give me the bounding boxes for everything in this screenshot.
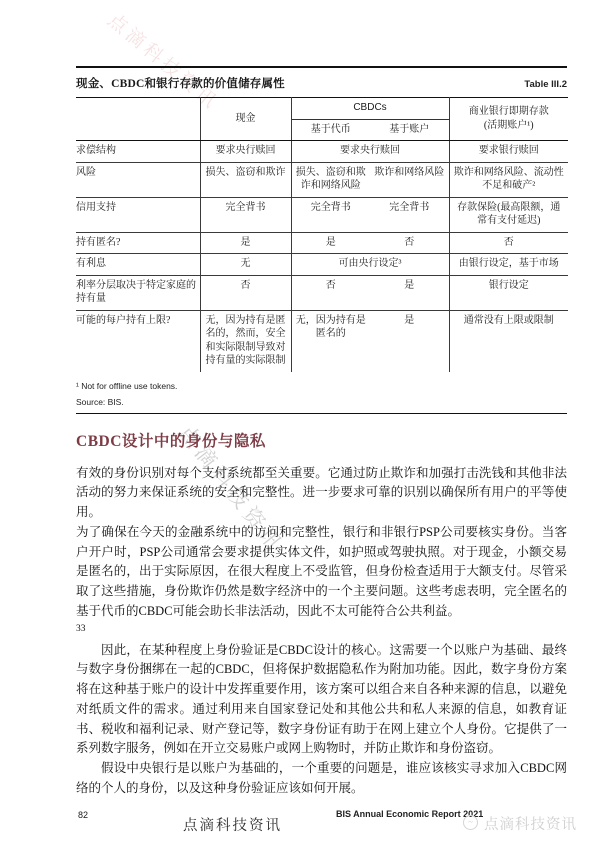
footer-brand: 点滴科技资讯 — [183, 814, 282, 835]
table-row-risk: 风险 损失、盗窃和欺诈 损失、盗窃和欺诈和网络风险 欺诈和网络风险 欺诈和网络风… — [76, 162, 568, 197]
row-label: 持有匿名? — [76, 232, 200, 254]
header-cbdcs: CBDCs — [291, 98, 449, 120]
row-label: 可能的每户持有上限? — [76, 310, 200, 372]
cell-bank: 欺诈和网络风险、流动性不足和破产² — [449, 162, 568, 197]
header-bank-line2: (活期账户¹) — [453, 119, 566, 133]
top-rule — [76, 66, 567, 68]
comparison-table: 现金 CBDCs 商业银行即期存款 (活期账户¹) 基于代币 基于账户 求偿结构… — [76, 97, 568, 372]
header-bank-line1: 商业银行即期存款 — [453, 105, 566, 119]
section-heading: CBDC设计中的身份与隐私 — [76, 429, 567, 451]
cell-cash: 要求央行赎回 — [200, 141, 291, 163]
cell-bank: 要求银行赎回 — [449, 141, 568, 163]
row-label: 有利息 — [76, 254, 200, 276]
cell-cash: 完全背书 — [200, 197, 291, 232]
footnote-1: ¹ Not for offline use tokens. — [76, 381, 567, 391]
table-row-credit-backing: 信用支持 完全背书 完全背书 完全背书 存款保险(最高限额，通常有支付延迟) — [76, 197, 568, 232]
footnote-rule — [76, 413, 567, 414]
table-row-interest: 有利息 无 可由央行设定³ 由银行设定，基于市场 — [76, 254, 568, 276]
table-title-row: 现金、CBDC和银行存款的价值储存属性 Table III.2 — [76, 75, 567, 91]
cell-cash: 否 — [200, 275, 291, 310]
cell-token: 完全背书 — [291, 197, 370, 232]
footer-report-title: BIS Annual Economic Report 2021 — [336, 809, 483, 819]
document-page: 现金、CBDC和银行存款的价值储存属性 Table III.2 现金 CBDCs… — [0, 0, 600, 849]
table-row-holding-limits: 可能的每户持有上限? 无，因为持有是匿名的，然而，安全和实际限制导致对持有量的实… — [76, 310, 568, 372]
cell-cbdc: 可由央行设定³ — [291, 254, 449, 276]
cell-token: 损失、盗窃和欺诈和网络风险 — [291, 162, 370, 197]
cell-bank: 否 — [449, 232, 568, 254]
cell-account: 是 — [370, 275, 449, 310]
cell-cash: 无，因为持有是匿名的，然而，安全和实际限制导致对持有量的实际限制 — [200, 310, 291, 372]
page-number: 82 — [78, 810, 88, 820]
table-row-claim-structure: 求偿结构 要求央行赎回 要求央行赎回 要求银行赎回 — [76, 141, 568, 163]
header-account-based: 基于账户 — [370, 119, 449, 141]
header-bank: 商业银行即期存款 (活期账户¹) — [449, 98, 568, 141]
paragraph-3: 因此，在某种程度上身份验证是CBDC设计的核心。这需要一个以账户为基础、最终与数… — [76, 641, 567, 760]
cell-token: 是 — [291, 232, 370, 254]
table-footnotes: ¹ Not for offline use tokens. Source: BI… — [76, 381, 567, 414]
row-label: 求偿结构 — [76, 141, 200, 163]
cell-token: 无，因为持有是匿名的 — [291, 310, 370, 372]
cell-bank: 银行设定 — [449, 275, 568, 310]
table-row-tiering: 利率分层取决于特定家庭的持有量 否 否 是 银行设定 — [76, 275, 568, 310]
paragraph-2: 为了确保在今天的金融系统中的访问和完整性，银行和非银行PSP公司要核实身份。当客… — [76, 523, 567, 622]
cell-account: 完全背书 — [370, 197, 449, 232]
header-cash: 现金 — [200, 98, 291, 141]
paragraph-1: 有效的身份识别对每个支付系统都至关重要。它通过防止欺诈和加强打击洗钱和其他非法活… — [76, 464, 567, 523]
table-row-anonymity: 持有匿名? 是 是 否 否 — [76, 232, 568, 254]
footnote-marker-33: 33 — [76, 622, 567, 637]
cell-bank: 通常没有上限或限制 — [449, 310, 568, 372]
table-title: 现金、CBDC和银行存款的价值储存属性 — [76, 75, 285, 91]
header-empty — [76, 98, 200, 141]
cell-bank: 存款保险(最高限额，通常有支付延迟) — [449, 197, 568, 232]
row-label: 信用支持 — [76, 197, 200, 232]
paragraph-4: 假设中央银行是以账户为基础的，一个重要的问题是，谁应该核实寻求加入CBDC网络的… — [76, 759, 567, 799]
cell-account: 否 — [370, 232, 449, 254]
brand-logo-icon: ~ — [463, 815, 478, 830]
cell-cash: 损失、盗窃和欺诈 — [200, 162, 291, 197]
body-text: 有效的身份识别对每个支付系统都至关重要。它通过防止欺诈和加强打击洗钱和其他非法活… — [76, 464, 567, 799]
cell-account: 是 — [370, 310, 449, 372]
source-note: Source: BIS. — [76, 397, 567, 407]
cell-cash: 无 — [200, 254, 291, 276]
cell-token: 否 — [291, 275, 370, 310]
row-label: 风险 — [76, 162, 200, 197]
cell-bank: 由银行设定，基于市场 — [449, 254, 568, 276]
cell-cash: 是 — [200, 232, 291, 254]
footer-watermark: 点滴科技资讯 — [484, 813, 577, 834]
cell-account: 欺诈和网络风险 — [370, 162, 449, 197]
page-footer: 82 点滴科技资讯 BIS Annual Economic Report 202… — [0, 806, 600, 842]
row-label: 利率分层取决于特定家庭的持有量 — [76, 275, 200, 310]
table-header: 现金 CBDCs 商业银行即期存款 (活期账户¹) 基于代币 基于账户 — [76, 98, 568, 141]
table-number-tag: Table III.2 — [524, 79, 567, 90]
header-token-based: 基于代币 — [291, 119, 370, 141]
cell-cbdc: 要求央行赎回 — [291, 141, 449, 163]
